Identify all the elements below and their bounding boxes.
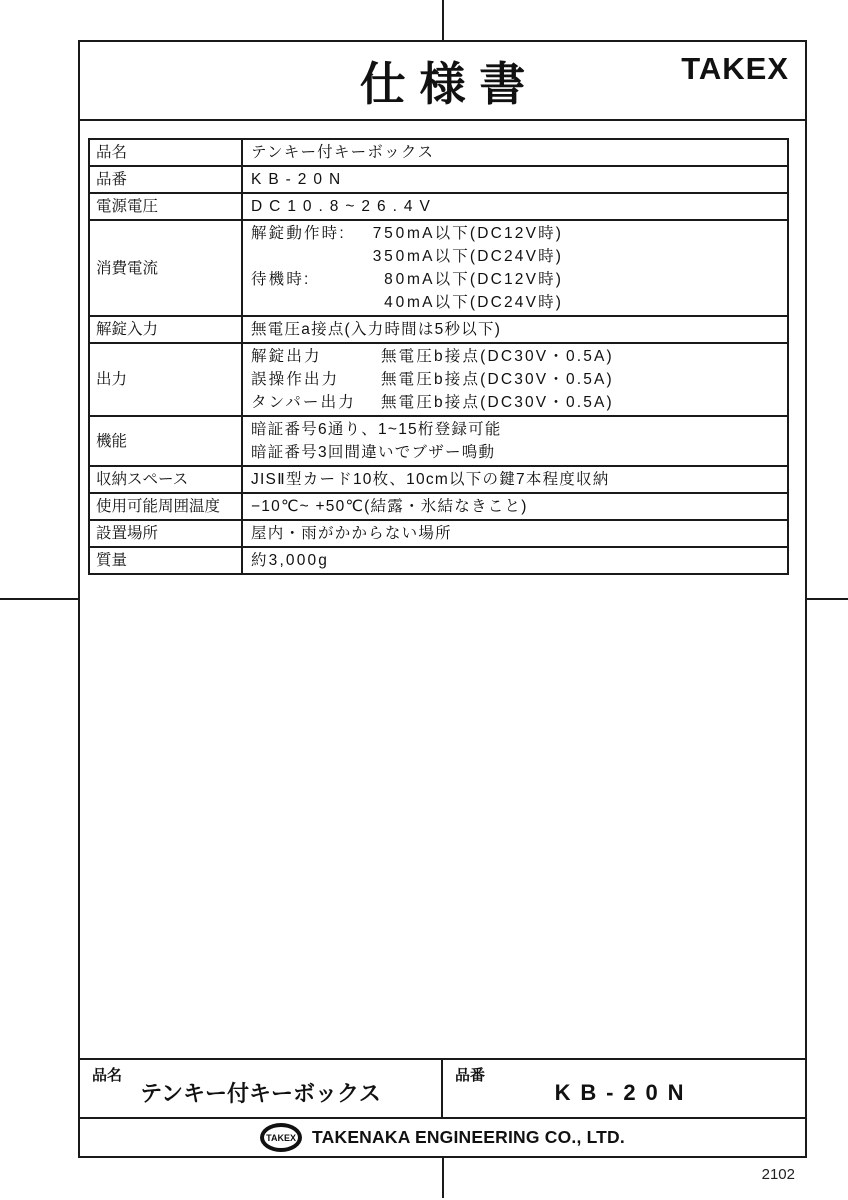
document-frame: 仕様書 TAKEX 品名 テンキー付キーボックス 品番 KB-20N 電源電圧 … [78,40,807,1158]
row-value: 暗証番号6通り、1~15桁登録可能 暗証番号3回間違いでブザー鳴動 [243,417,787,465]
row-value: DC10.8~26.4V [243,194,787,219]
row-value: −10℃~ +50℃(結露・氷結なきこと) [243,494,787,519]
title-band: 仕様書 TAKEX [80,42,805,121]
takex-oval-logo-icon: TAKEX [260,1123,302,1152]
current-line: 350mA以下(DC24V時) [251,245,783,268]
table-row-current: 消費電流 解錠動作時:750mA以下(DC12V時) 350mA以下(DC24V… [90,219,787,315]
table-row-outputs: 出力 解錠出力無電圧b接点(DC30V・0.5A) 誤操作出力無電圧b接点(DC… [90,342,787,415]
row-label: 機能 [90,417,243,465]
table-row: 収納スペース JISⅡ型カード10枚、10cm以下の鍵7本程度収納 [90,465,787,492]
crop-mark-bottom [442,1158,444,1198]
row-value: テンキー付キーボックス [243,140,787,165]
row-value: 無電圧a接点(入力時間は5秒以下) [243,317,787,342]
row-label: 質量 [90,548,243,573]
table-row: 設置場所 屋内・雨がかからない場所 [90,519,787,546]
output-line: 誤操作出力無電圧b接点(DC30V・0.5A) [251,368,783,391]
table-row: 解錠入力 無電圧a接点(入力時間は5秒以下) [90,315,787,342]
row-value: KB-20N [243,167,787,192]
row-value: JISⅡ型カード10枚、10cm以下の鍵7本程度収納 [243,467,787,492]
table-row: 電源電圧 DC10.8~26.4V [90,192,787,219]
row-label: 設置場所 [90,521,243,546]
row-value: 約3,000g [243,548,787,573]
product-name-value: テンキー付キーボックス [80,1060,441,1117]
product-number-value: KB-20N [443,1060,805,1117]
current-line: 待機時:80mA以下(DC12V時) [251,268,783,291]
row-label: 収納スペース [90,467,243,492]
row-value: 解錠動作時:750mA以下(DC12V時) 350mA以下(DC24V時) 待機… [243,221,787,315]
table-row-features: 機能 暗証番号6通り、1~15桁登録可能 暗証番号3回間違いでブザー鳴動 [90,415,787,465]
table-row: 使用可能周囲温度 −10℃~ +50℃(結露・氷結なきこと) [90,492,787,519]
output-line: タンパー出力無電圧b接点(DC30V・0.5A) [251,391,783,414]
feature-line: 暗証番号6通り、1~15桁登録可能 [251,418,783,441]
row-label: 出力 [90,344,243,415]
row-label: 品名 [90,140,243,165]
table-row: 品名 テンキー付キーボックス [90,140,787,165]
row-label: 電源電圧 [90,194,243,219]
current-line: 解錠動作時:750mA以下(DC12V時) [251,222,783,245]
product-id-band: 品名 テンキー付キーボックス 品番 KB-20N [80,1058,805,1119]
page-title: 仕様書 [360,48,539,114]
product-number-cell: 品番 KB-20N [443,1060,805,1117]
product-name-cell: 品名 テンキー付キーボックス [80,1060,443,1117]
company-footer: TAKEX TAKENAKA ENGINEERING CO., LTD. [80,1119,805,1156]
company-name: TAKENAKA ENGINEERING CO., LTD. [312,1127,625,1148]
doc-code: 2102 [715,1166,795,1183]
spec-table: 品名 テンキー付キーボックス 品番 KB-20N 電源電圧 DC10.8~26.… [88,138,789,575]
feature-line: 暗証番号3回間違いでブザー鳴動 [251,441,783,464]
table-row: 質量 約3,000g [90,546,787,573]
row-value: 屋内・雨がかからない場所 [243,521,787,546]
takex-brand-logo: TAKEX [681,51,789,87]
current-line: 40mA以下(DC24V時) [251,291,783,314]
spec-sheet-page: 仕様書 TAKEX 品名 テンキー付キーボックス 品番 KB-20N 電源電圧 … [0,0,848,1200]
crop-mark-top [442,0,444,40]
table-row: 品番 KB-20N [90,165,787,192]
row-label: 消費電流 [90,221,243,315]
product-name-label: 品名 [92,1064,122,1085]
product-number-label: 品番 [455,1064,485,1085]
row-label: 解錠入力 [90,317,243,342]
row-label: 品番 [90,167,243,192]
row-value: 解錠出力無電圧b接点(DC30V・0.5A) 誤操作出力無電圧b接点(DC30V… [243,344,787,415]
output-line: 解錠出力無電圧b接点(DC30V・0.5A) [251,345,783,368]
crop-mark-left [0,598,78,600]
crop-mark-right [807,598,848,600]
row-label: 使用可能周囲温度 [90,494,243,519]
